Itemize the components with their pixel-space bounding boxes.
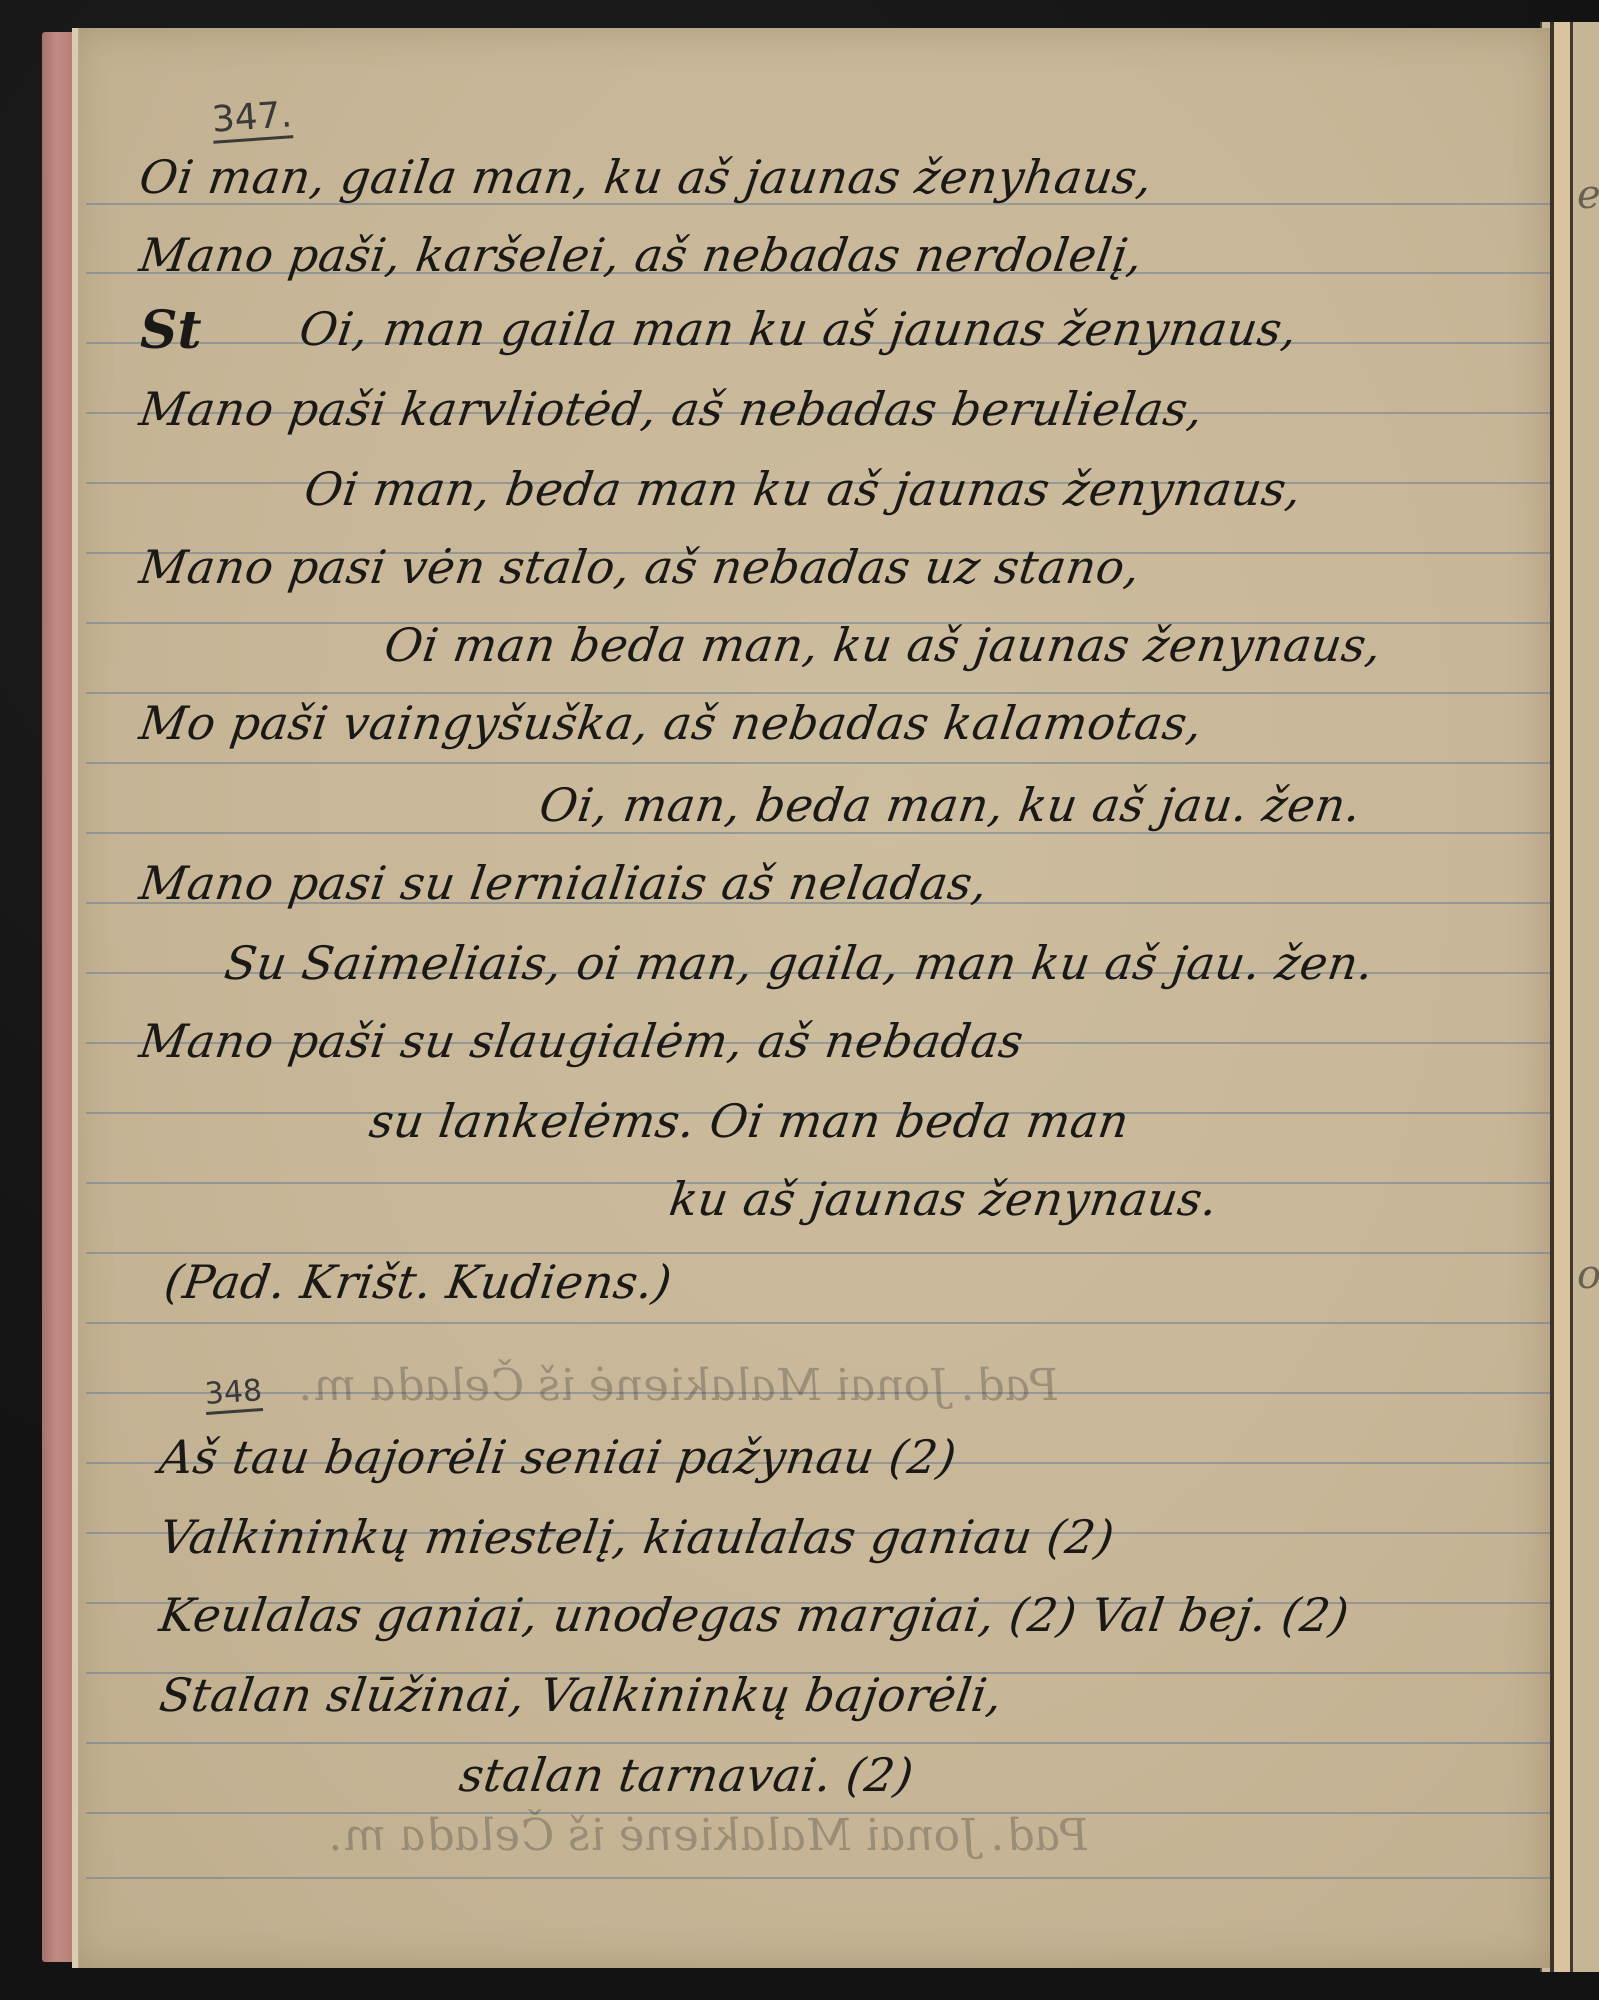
- ruled-line: [86, 762, 1550, 764]
- gutter-strip: [1554, 22, 1570, 1972]
- song-347-line-8: Mo paši vaingyšuška, aš nebadas kalamota…: [136, 696, 1206, 750]
- song-number-347: 347.: [211, 97, 294, 143]
- ruled-line: [86, 1322, 1550, 1324]
- song-347-attribution: (Pad. Krišt. Kudiens.): [161, 1255, 675, 1309]
- next-page-edge: es o: [1573, 22, 1599, 1972]
- page-edge: [72, 28, 79, 1968]
- song-348-line-1: Aš tau bajorėli seniai pažynau (2): [156, 1430, 960, 1484]
- ruled-line: [86, 692, 1550, 694]
- song-347-line-9: Oi, man, beda man, ku aš jau. žen.: [536, 778, 1364, 832]
- song-347-line-13: su lankelėms. Oi man beda man: [366, 1094, 1132, 1148]
- song-number-348: 348: [204, 1376, 264, 1415]
- bleed-through-text: Pad. Jonai Malakienė iš Čelada m.: [326, 1810, 1091, 1861]
- song-347-line-11: Su Saimeliais, oi man, gaila, man ku aš …: [221, 936, 1377, 990]
- song-347-line-2: Mano paši, karšelei, aš nebadas nerdolel…: [136, 228, 1146, 282]
- bleed-through-text: Pad. Jonai Malakienė iš Čelada m.: [296, 1360, 1061, 1411]
- next-page-fragment: es: [1577, 172, 1599, 218]
- song-347-line-7: Oi man beda man, ku aš jaunas ženynaus,: [381, 618, 1385, 672]
- ruled-line: [86, 1252, 1550, 1254]
- song-348-line-3: Keulalas ganiai, unodegas margiai, (2) V…: [156, 1588, 1352, 1642]
- song-347-line-12: Mano paši su slaugialėm, aš nebadas: [136, 1014, 1027, 1068]
- next-page-fragment: o: [1577, 1252, 1599, 1298]
- song-347-line-10: Mano pasi su lernialiais aš neladas,: [136, 856, 991, 910]
- song-347-line-4: Mano paši karvliotėd, aš nebadas berulie…: [136, 382, 1206, 436]
- song-348-line-2: Valkininkų miestelį, kiaulalas ganiau (2…: [156, 1510, 1118, 1564]
- notebook-cover-edge: [42, 32, 74, 1962]
- song-347-line-1: Oi man, gaila man, ku aš jaunas ženyhaus…: [136, 150, 1156, 204]
- song-347-line-5: Oi man, beda man ku aš jaunas ženynaus,: [301, 462, 1305, 516]
- margin-mark: St: [140, 300, 202, 361]
- ruled-line: [86, 1742, 1550, 1744]
- song-347-line-6: Mano pasi vėn stalo, aš nebadas uz stano…: [136, 540, 1143, 594]
- ruled-line: [86, 832, 1550, 834]
- ruled-line: [86, 1877, 1550, 1879]
- song-347-line-14: ku aš jaunas ženynaus.: [666, 1172, 1221, 1226]
- song-347-line-3: Oi, man gaila man ku aš jaunas ženynaus,: [296, 302, 1301, 356]
- song-348-line-4: Stalan slūžinai, Valkininkų bajorėli,: [156, 1668, 1006, 1722]
- song-348-line-5: stalan tarnavai. (2): [456, 1748, 917, 1802]
